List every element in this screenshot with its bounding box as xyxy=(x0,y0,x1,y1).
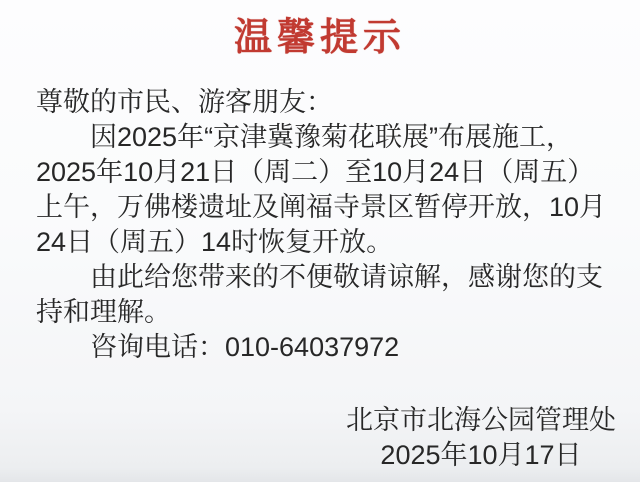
body-line-exhibition: 因2025年“京津冀豫菊花联展”布展施工， xyxy=(36,120,622,155)
body-line-apology: 由此给您带来的不便敬请谅解，感谢您的支 xyxy=(36,260,622,295)
notice-body: 尊敬的市民、游客朋友： 因2025年“京津冀豫菊花联展”布展施工， 2025年1… xyxy=(36,85,622,365)
signature-block: 北京市北海公园管理处 2025年10月17日 xyxy=(340,403,622,473)
signature-date: 2025年10月17日 xyxy=(340,438,622,473)
phone-line: 咨询电话：010-64037972 xyxy=(36,330,622,365)
notice-card: 温馨提示 尊敬的市民、游客朋友： 因2025年“京津冀豫菊花联展”布展施工， 2… xyxy=(0,0,640,482)
body-line-closure: 上午，万佛楼遗址及阐福寺景区暂停开放，10月 xyxy=(36,190,622,225)
body-line-reopen: 24日（周五）14时恢复开放。 xyxy=(36,225,622,260)
body-line-dates: 2025年10月21日（周二）至10月24日（周五） xyxy=(36,155,622,190)
notice-title: 温馨提示 xyxy=(0,6,640,61)
salutation-line: 尊敬的市民、游客朋友： xyxy=(36,85,622,120)
body-line-apology-cont: 持和理解。 xyxy=(36,295,622,330)
signature-org: 北京市北海公园管理处 xyxy=(340,403,622,438)
